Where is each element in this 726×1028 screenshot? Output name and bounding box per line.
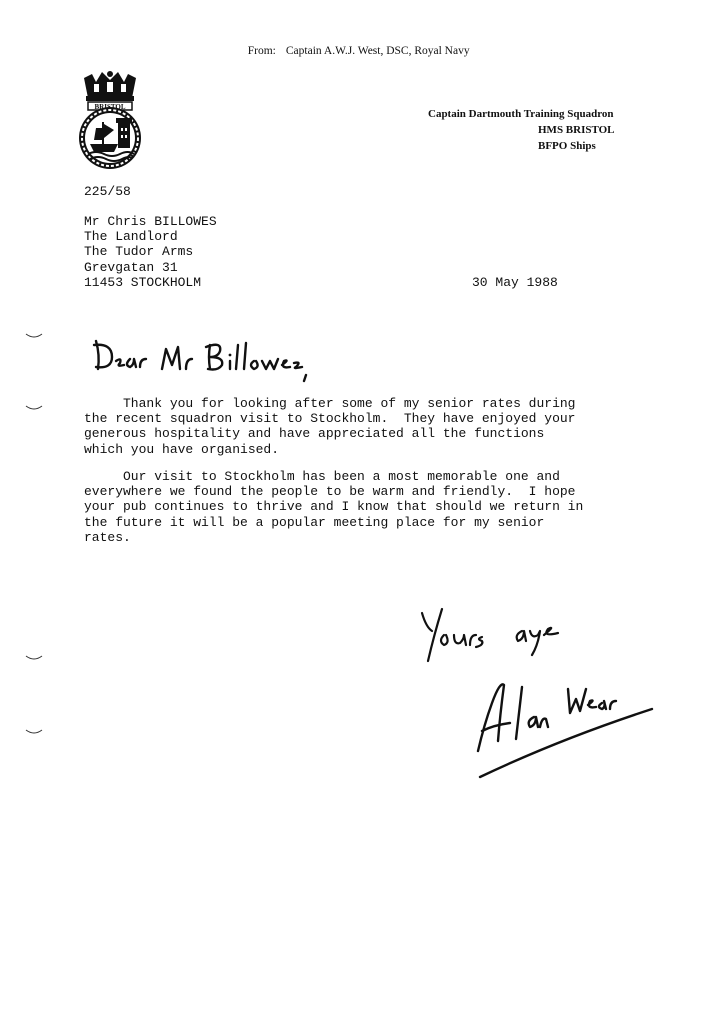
- body-line: which you have organised.: [84, 442, 684, 457]
- body-paragraph: Our visit to Stockholm has been a most m…: [84, 469, 684, 545]
- body-line: rates.: [84, 530, 684, 545]
- letter-date: 30 May 1988: [472, 275, 558, 290]
- from-name: Captain A.W.J. West, DSC, Royal Navy: [286, 45, 470, 57]
- punch-hole-mark-icon: [24, 404, 44, 412]
- from-line: From:Captain A.W.J. West, DSC, Royal Nav…: [242, 33, 470, 57]
- body-paragraph: Thank you for looking after some of my s…: [84, 396, 684, 457]
- sender-address-line: Captain Dartmouth Training Squadron: [428, 106, 628, 122]
- reference-number: 225/58: [84, 184, 131, 199]
- body-line: Our visit to Stockholm has been a most m…: [84, 469, 684, 484]
- body-line: the future it will be a popular meeting …: [84, 515, 684, 530]
- body-line: Thank you for looking after some of my s…: [84, 396, 684, 411]
- recipient-line: The Tudor Arms: [84, 244, 217, 259]
- sender-address: Captain Dartmouth Training Squadron HMS …: [428, 106, 628, 154]
- from-label: From:: [248, 45, 276, 57]
- punch-hole-mark-icon: [24, 654, 44, 662]
- recipient-address: Mr Chris BILLOWES The Landlord The Tudor…: [84, 214, 217, 290]
- handwritten-closing: Yours aye: [418, 605, 578, 665]
- recipient-line: 11453 STOCKHOLM: [84, 275, 217, 290]
- recipient-line: Grevgatan 31: [84, 260, 217, 275]
- body-line: the recent squadron visit to Stockholm. …: [84, 411, 684, 426]
- punch-hole-mark-icon: [24, 728, 44, 736]
- recipient-line: The Landlord: [84, 229, 217, 244]
- recipient-line: Mr Chris BILLOWES: [84, 214, 217, 229]
- body-line: generous hospitality and have appreciate…: [84, 426, 684, 441]
- sender-address-line: HMS BRISTOL: [428, 122, 628, 138]
- body-line: everywhere we found the people to be war…: [84, 484, 684, 499]
- handwritten-signature: Alan West: [470, 675, 660, 785]
- sender-address-line: BFPO Ships: [428, 138, 628, 154]
- body-line: your pub continues to thrive and I know …: [84, 499, 684, 514]
- handwritten-salutation: Dear Mr Billowes,: [90, 335, 310, 385]
- punch-hole-mark-icon: [24, 332, 44, 340]
- ship-crest-icon: BRISTOL: [70, 70, 150, 172]
